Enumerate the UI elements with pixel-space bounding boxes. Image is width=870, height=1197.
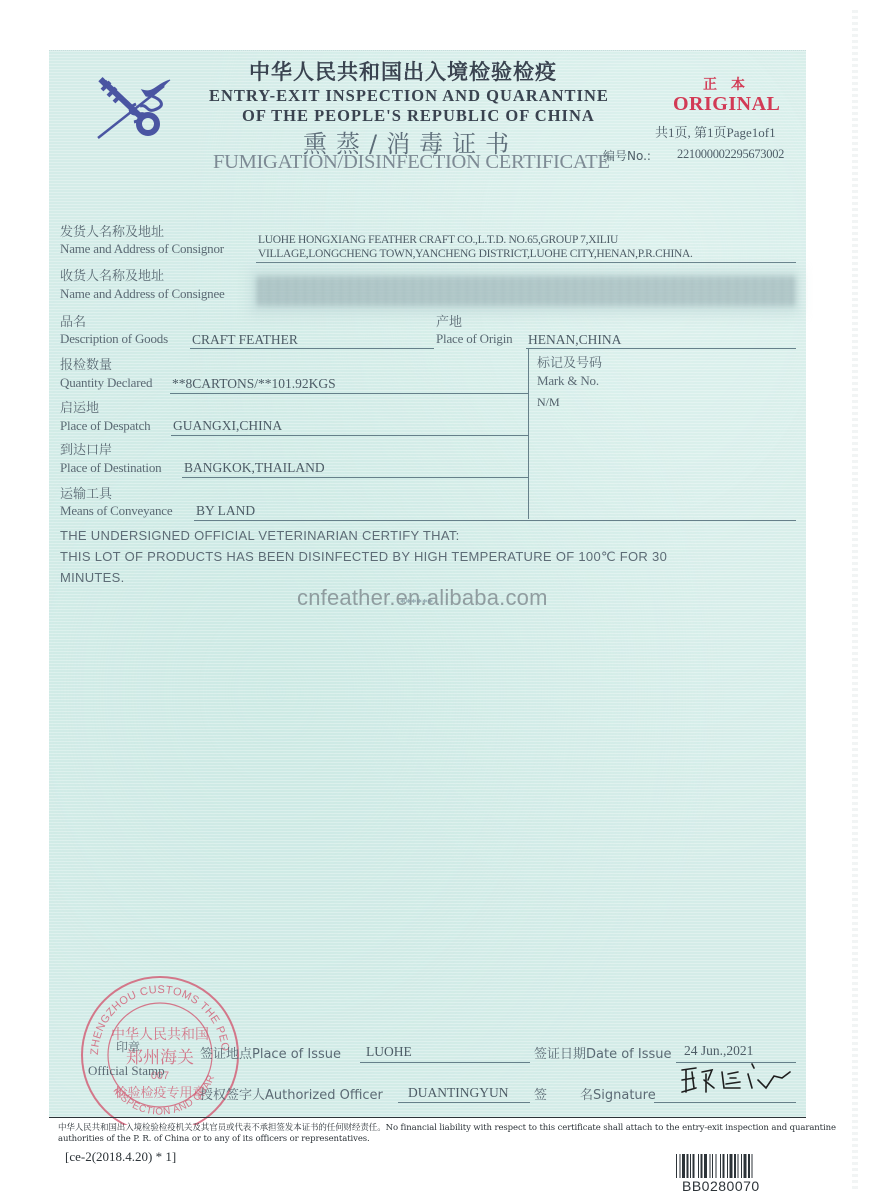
authorized-officer-value: DUANTINGYUN xyxy=(408,1085,509,1101)
stamp-label: Official Stamp xyxy=(88,1063,165,1079)
date-of-issue-label: 签证日期Date of Issue xyxy=(534,1043,671,1062)
place-of-issue-label: 签证地点Place of Issue xyxy=(200,1043,341,1062)
barcode-icon xyxy=(676,1154,800,1178)
handwritten-signature-icon xyxy=(678,1058,793,1098)
goods-underline xyxy=(190,348,434,349)
marks-label: Mark & No. xyxy=(537,373,599,389)
place-underline xyxy=(360,1062,530,1063)
page-info: 共1页, 第1页Page1of1 xyxy=(655,122,776,141)
end-marker: ****** xyxy=(400,597,433,609)
authority-title-en-line2: OF THE PEOPLE'S REPUBLIC OF CHINA xyxy=(242,106,595,126)
footer-divider xyxy=(49,1117,806,1118)
certificate-sheet xyxy=(49,50,806,1118)
certificate-number-label: 编号No.: xyxy=(603,147,651,164)
marks-label-cn: 标记及号码 xyxy=(537,352,602,371)
quantity-underline xyxy=(170,393,528,394)
quantity-label-cn: 报检数量 xyxy=(60,354,112,373)
authorized-officer-label: 授权签字人Authorized Officer xyxy=(200,1084,383,1103)
marks-box-border xyxy=(528,349,529,519)
disclaimer-line1: 中华人民共和国出入境检验检疫机关及其官员或代表不承担签发本证书的任何财经责任。N… xyxy=(58,1121,836,1133)
form-code: [ce-2(2018.4.20) * 1] xyxy=(65,1149,176,1165)
disclaimer-line2: authorities of the P. R. of China or to … xyxy=(58,1134,370,1144)
consignor-value-line1: LUOHE HONGXIANG FEATHER CRAFT CO.,L.T.D.… xyxy=(258,234,618,246)
origin-underline xyxy=(526,348,796,349)
consignor-label: Name and Address of Consignor xyxy=(60,241,224,257)
authority-title-en-line1: ENTRY-EXIT INSPECTION AND QUARANTINE xyxy=(209,86,609,106)
despatch-label: Place of Despatch xyxy=(60,418,150,434)
consignee-label: Name and Address of Consignee xyxy=(60,286,225,302)
conveyance-value: BY LAND xyxy=(196,503,255,519)
goods-value: CRAFT FEATHER xyxy=(192,332,298,348)
signature-underline xyxy=(654,1102,796,1103)
consignee-value-redacted xyxy=(257,276,797,306)
marks-value: N/M xyxy=(537,395,560,410)
consignor-value-line2: VILLAGE,LONGCHENG TOWN,YANCHENG DISTRICT… xyxy=(258,248,693,260)
destination-label: Place of Destination xyxy=(60,460,161,476)
certificate-number: 221000002295673002 xyxy=(677,147,784,162)
origin-value: HENAN,CHINA xyxy=(528,332,621,348)
authority-title-cn: 中华人民共和国出入境检验检疫 xyxy=(249,56,557,86)
origin-label: Place of Origin xyxy=(436,331,512,347)
date-of-issue-value: 24 Jun.,2021 xyxy=(684,1043,753,1059)
place-of-issue-value: LUOHE xyxy=(366,1044,412,1060)
origin-label-cn: 产地 xyxy=(436,311,462,330)
conveyance-label-cn: 运输工具 xyxy=(60,483,112,502)
signature-label-cn: 签 xyxy=(534,1084,547,1103)
stamp-label-cn: 印章 xyxy=(116,1038,140,1055)
destination-value: BANGKOK,THAILAND xyxy=(184,460,325,476)
goods-label-cn: 品名 xyxy=(60,311,86,330)
consignee-label-cn: 收货人名称及地址 xyxy=(60,265,164,284)
goods-label: Description of Goods xyxy=(60,331,168,347)
original-mark: ORIGINAL xyxy=(673,93,780,116)
certification-line1: THE UNDERSIGNED OFFICIAL VETERINARIAN CE… xyxy=(60,528,460,543)
destination-underline xyxy=(182,477,528,478)
signature-label: 名Signature xyxy=(580,1084,656,1103)
barcode-number: BB0280070 xyxy=(682,1178,760,1194)
consignor-underline xyxy=(256,262,796,263)
conveyance-label: Means of Conveyance xyxy=(60,503,172,519)
quantity-label: Quantity Declared xyxy=(60,375,152,391)
officer-underline xyxy=(398,1102,530,1103)
despatch-underline xyxy=(171,435,528,436)
certification-line2: THIS LOT OF PRODUCTS HAS BEEN DISINFECTE… xyxy=(60,549,667,565)
certification-line3: MINUTES. xyxy=(60,570,125,585)
quantity-value: **8CARTONS/**101.92KGS xyxy=(172,376,336,392)
destination-label-cn: 到达口岸 xyxy=(60,439,112,458)
certificate-title-en: FUMIGATION/DISINFECTION CERTIFICATE xyxy=(213,151,610,174)
ciq-key-caduceus-logo-icon xyxy=(96,76,176,142)
despatch-value: GUANGXI,CHINA xyxy=(173,418,282,434)
original-mark-cn: 正本 xyxy=(703,74,759,94)
page-edge xyxy=(852,10,858,1190)
consignor-label-cn: 发货人名称及地址 xyxy=(60,221,164,240)
despatch-label-cn: 启运地 xyxy=(60,397,99,416)
conveyance-underline xyxy=(194,520,796,521)
